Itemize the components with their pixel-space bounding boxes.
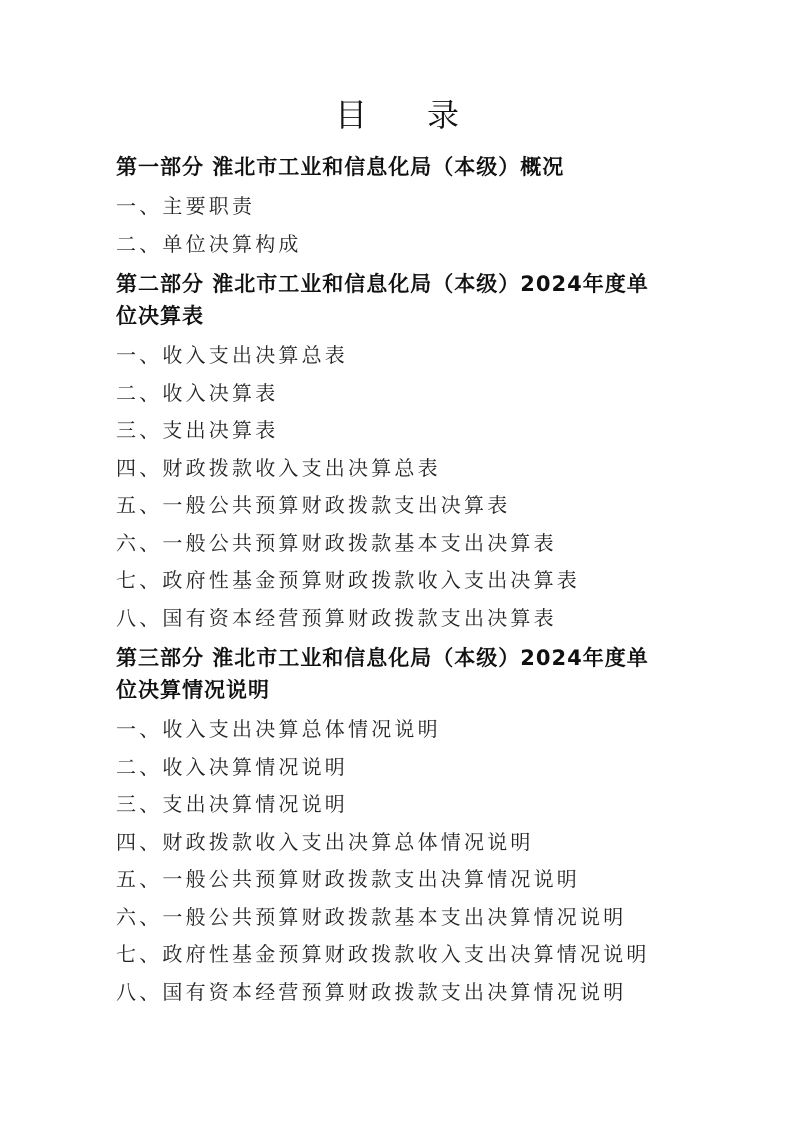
toc-item[interactable]: 五、一般公共预算财政拨款支出决算情况说明 bbox=[116, 861, 696, 899]
toc-part-2-heading-line1: 第二部分 淮北市工业和信息化局（本级）2024年度单 bbox=[116, 268, 696, 300]
toc-item[interactable]: 七、政府性基金预算财政拨款收入支出决算情况说明 bbox=[116, 936, 696, 974]
toc-part-2-heading-line2: 位决算表 bbox=[116, 300, 696, 332]
toc-part-3-heading-line1: 第三部分 淮北市工业和信息化局（本级）2024年度单 bbox=[116, 642, 696, 674]
toc-item[interactable]: 五、一般公共预算财政拨款支出决算表 bbox=[116, 487, 696, 525]
toc-item[interactable]: 一、收入支出决算总体情况说明 bbox=[116, 711, 696, 749]
toc-item[interactable]: 二、收入决算情况说明 bbox=[116, 749, 696, 787]
toc-item[interactable]: 三、支出决算情况说明 bbox=[116, 786, 696, 824]
page-title: 目录 bbox=[0, 93, 794, 137]
toc-part-3-heading[interactable]: 第三部分 淮北市工业和信息化局（本级）2024年度单 位决算情况说明 bbox=[116, 642, 696, 706]
toc-item[interactable]: 三、支出决算表 bbox=[116, 412, 696, 450]
toc-item[interactable]: 八、国有资本经营预算财政拨款支出决算表 bbox=[116, 600, 696, 638]
document-page: 目录 第一部分 淮北市工业和信息化局（本级）概况 一、主要职责 二、单位决算构成… bbox=[0, 0, 794, 1122]
toc-item[interactable]: 六、一般公共预算财政拨款基本支出决算表 bbox=[116, 525, 696, 563]
toc-item[interactable]: 一、收入支出决算总表 bbox=[116, 337, 696, 375]
toc-item[interactable]: 二、单位决算构成 bbox=[116, 226, 696, 264]
toc-item[interactable]: 八、国有资本经营预算财政拨款支出决算情况说明 bbox=[116, 974, 696, 1012]
toc-part-1-heading[interactable]: 第一部分 淮北市工业和信息化局（本级）概况 bbox=[116, 151, 696, 183]
toc-item[interactable]: 一、主要职责 bbox=[116, 188, 696, 226]
toc-part-3-heading-line2: 位决算情况说明 bbox=[116, 674, 696, 706]
toc-item[interactable]: 四、财政拨款收入支出决算总表 bbox=[116, 450, 696, 488]
toc-item[interactable]: 六、一般公共预算财政拨款基本支出决算情况说明 bbox=[116, 899, 696, 937]
toc-part-2-heading[interactable]: 第二部分 淮北市工业和信息化局（本级）2024年度单 位决算表 bbox=[116, 268, 696, 332]
table-of-contents: 第一部分 淮北市工业和信息化局（本级）概况 一、主要职责 二、单位决算构成 第二… bbox=[116, 146, 696, 1011]
toc-item[interactable]: 二、收入决算表 bbox=[116, 375, 696, 413]
toc-item[interactable]: 七、政府性基金预算财政拨款收入支出决算表 bbox=[116, 562, 696, 600]
toc-item[interactable]: 四、财政拨款收入支出决算总体情况说明 bbox=[116, 824, 696, 862]
